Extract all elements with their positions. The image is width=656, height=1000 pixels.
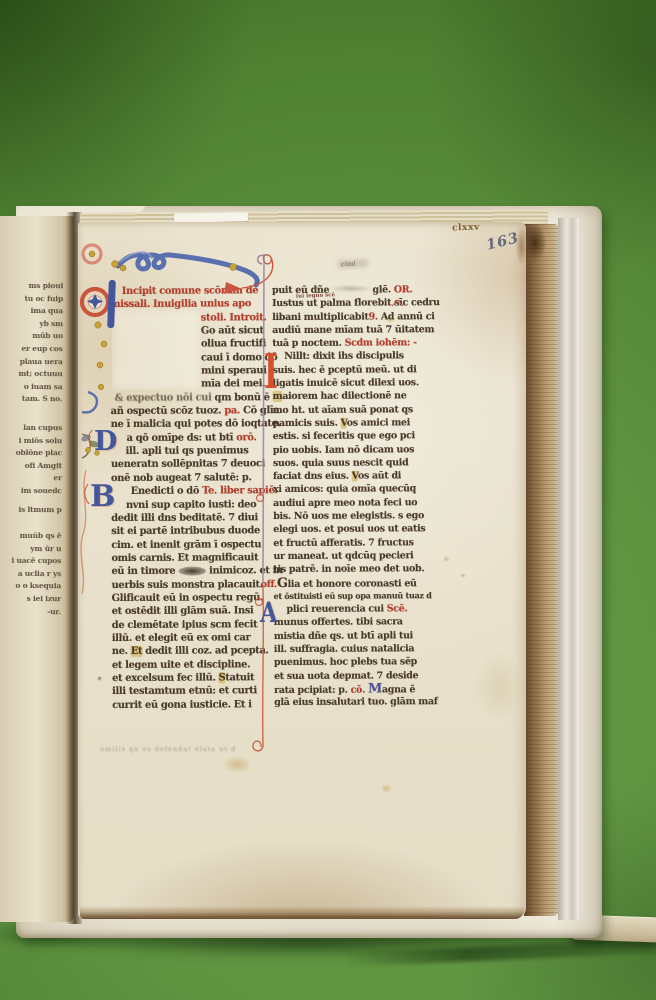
facing-page: ms piouitu oc fuipima quayb smmūb uoer e… bbox=[0, 216, 74, 922]
manuscript-page: clxxv 163 cōml iui legno scē umilis qn o… bbox=[78, 222, 526, 918]
initial-D: D bbox=[94, 428, 117, 455]
marginal-ornaments bbox=[80, 322, 107, 594]
initial-I: I bbox=[264, 348, 278, 396]
facing-page-text: ms piouitu oc fuipima quayb smmūb uoer e… bbox=[1, 280, 63, 619]
penwork-decoration bbox=[78, 222, 526, 918]
manuscript-photograph: ms piouitu oc fuipima quayb smmūb uoer e… bbox=[0, 0, 656, 1000]
fore-edge bbox=[524, 224, 559, 916]
fore-edge-stain bbox=[524, 226, 546, 260]
intercolumn-flourish bbox=[253, 254, 264, 751]
initial-B: B bbox=[90, 482, 115, 512]
inner-page-edges bbox=[558, 218, 579, 920]
caret-mark bbox=[392, 300, 403, 306]
header-flourish bbox=[82, 245, 273, 328]
initial-A: A bbox=[260, 599, 277, 627]
